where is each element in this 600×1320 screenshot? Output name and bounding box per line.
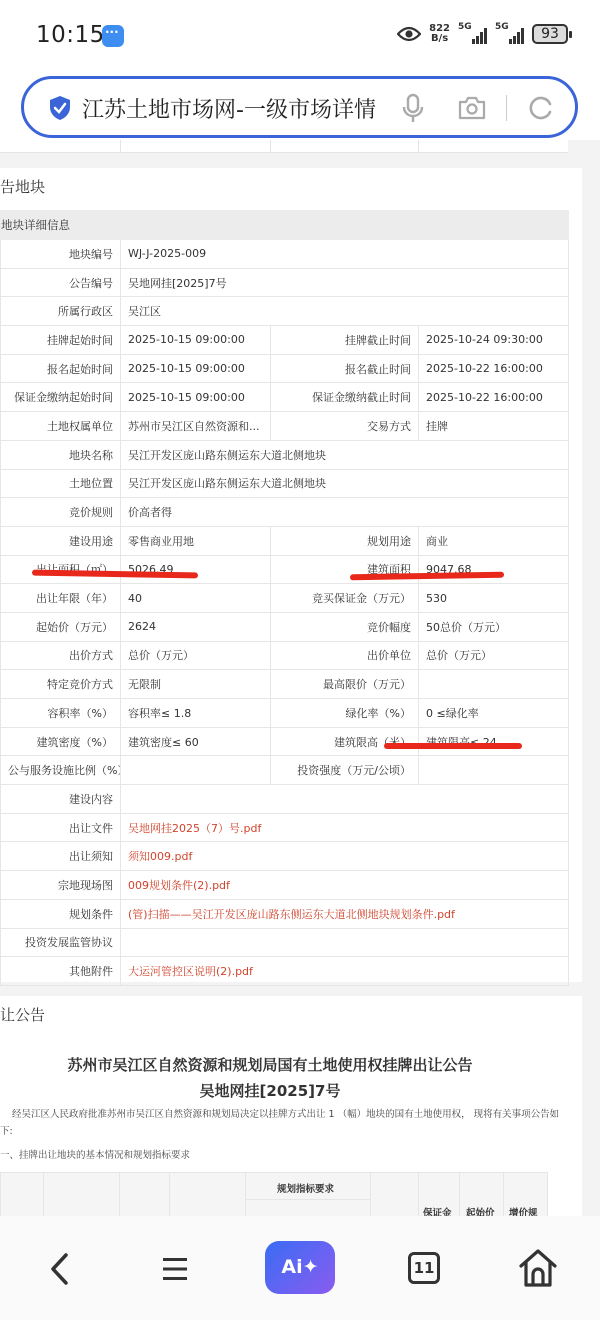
announcement-doc-number: 吴地网挂[2025]7号 <box>0 1080 540 1101</box>
battery-icon: 93 <box>532 24 568 44</box>
field-label: 宗地现场图 <box>1 871 121 900</box>
sim1-label: 5G <box>458 22 472 32</box>
table-row: 挂牌起始时间2025-10-15 09:00:00挂牌截止时间2025-10-2… <box>1 326 569 355</box>
table-row: 公告编号吴地网挂[2025]7号 <box>1 268 569 297</box>
field-value: 40 <box>121 584 271 613</box>
table-row: 保证金缴纳起始时间2025-10-15 09:00:00保证金缴纳截止时间202… <box>1 383 569 412</box>
ai-assistant-button[interactable]: Ai✦ <box>265 1241 335 1294</box>
field-value <box>121 785 569 814</box>
table-row: 公与服务设施比例（%）投资强度（万元/公顷） <box>1 756 569 785</box>
reload-icon[interactable] <box>528 95 554 121</box>
table-row: 所属行政区吴江区 <box>1 297 569 326</box>
table-row: 其他附件大运河管控区说明(2).pdf <box>1 957 569 986</box>
field-value: 9047.68 <box>419 555 569 584</box>
table-row: 特定竞价方式无限制最高限价（万元） <box>1 670 569 699</box>
field-value: 总价（万元） <box>419 641 569 670</box>
field-value: 2025-10-22 16:00:00 <box>419 354 569 383</box>
speed-unit: B/s <box>429 34 450 44</box>
table-row: 土地权属单位苏州市吴江区自然资源和...交易方式挂牌 <box>1 412 569 441</box>
home-icon[interactable] <box>518 1248 558 1288</box>
table-row: 起始价（万元）2624竞价幅度50总价（万元） <box>1 612 569 641</box>
table-row: 地块编号WJ-J-2025-009 <box>1 240 569 269</box>
attachment-link[interactable]: 吴地网挂2025（7）号.pdf <box>121 813 569 842</box>
field-label: 出让文件 <box>1 813 121 842</box>
field-value: 商业 <box>419 526 569 555</box>
previous-table-remnant <box>0 140 568 153</box>
field-value <box>419 670 569 699</box>
field-value: 2025-10-15 09:00:00 <box>121 326 271 355</box>
field-label: 挂牌截止时间 <box>271 326 419 355</box>
field-label: 建筑限高（米） <box>271 727 419 756</box>
field-label: 报名起始时间 <box>1 354 121 383</box>
microphone-icon[interactable] <box>402 93 424 123</box>
browser-toolbar: 江苏土地市场网-一级市场详情 <box>0 72 600 140</box>
table-row: 规划条件(管)扫描——吴江开发区庞山路东侧运东大道北侧地块规划条件.pdf <box>1 899 569 928</box>
field-label: 出价方式 <box>1 641 121 670</box>
field-value: 2025-10-24 09:30:00 <box>419 326 569 355</box>
field-label: 特定竞价方式 <box>1 670 121 699</box>
table-row: 竞价规则价高者得 <box>1 498 569 527</box>
menu-icon[interactable] <box>162 1256 188 1282</box>
field-label: 投资发展监管协议 <box>1 928 121 957</box>
field-label: 最高限价（万元） <box>271 670 419 699</box>
parcel-detail-table: 地块详细信息 地块编号WJ-J-2025-009公告编号吴地网挂[2025]7号… <box>0 210 569 986</box>
annotation-underline <box>384 743 522 749</box>
field-label: 地块编号 <box>1 240 121 269</box>
field-value: 容积率≤ 1.8 <box>121 699 271 728</box>
field-label: 交易方式 <box>271 412 419 441</box>
field-label: 土地权属单位 <box>1 412 121 441</box>
field-label: 出价单位 <box>271 641 419 670</box>
field-value: 无限制 <box>121 670 271 699</box>
table-row: 出让文件吴地网挂2025（7）号.pdf <box>1 813 569 842</box>
field-value: 2025-10-15 09:00:00 <box>121 354 271 383</box>
field-label: 其他附件 <box>1 957 121 986</box>
scroll-gutter <box>580 140 600 1220</box>
field-value: 吴地网挂[2025]7号 <box>121 268 569 297</box>
table-row: 投资发展监管协议 <box>1 928 569 957</box>
field-value <box>419 756 569 785</box>
attachment-link[interactable]: (管)扫描——吴江开发区庞山路东侧运东大道北侧地块规划条件.pdf <box>121 899 569 928</box>
signal-icon-sim2: 5G <box>495 24 524 44</box>
field-value: 建筑限高≤ 24 <box>419 727 569 756</box>
field-value <box>121 756 271 785</box>
field-value: 吴江开发区庞山路东侧运东大道北侧地块 <box>121 440 569 469</box>
status-bar: 10:15 822 B/s 5G 5G 93 <box>0 0 600 72</box>
field-value: 0 ≤绿化率 <box>419 699 569 728</box>
bottom-navigation: Ai✦ 11 <box>0 1216 600 1320</box>
announcement-intro: 经吴江区人民政府批准苏州市吴江区自然资源和规划局决定以挂牌方式出让 1 （幅）地… <box>0 1106 560 1140</box>
signal-icon-sim1: 5G <box>458 24 487 44</box>
section-title: 告地块 <box>0 176 45 197</box>
table-row: 建设用途零售商业用地规划用途商业 <box>1 526 569 555</box>
field-label: 挂牌起始时间 <box>1 326 121 355</box>
table-row: 出让须知须知009.pdf <box>1 842 569 871</box>
field-label: 起始价（万元） <box>1 612 121 641</box>
header-planning-req: 规划指标要求 <box>277 1181 334 1195</box>
field-label: 报名截止时间 <box>271 354 419 383</box>
table-row: 建设内容 <box>1 785 569 814</box>
field-value: 价高者得 <box>121 498 569 527</box>
field-label: 绿化率（%） <box>271 699 419 728</box>
field-label: 公告编号 <box>1 268 121 297</box>
table-row: 土地位置吴江开发区庞山路东侧运东大道北侧地块 <box>1 469 569 498</box>
field-value: 2624 <box>121 612 271 641</box>
field-label: 出让须知 <box>1 842 121 871</box>
section-title: 让公告 <box>0 1004 45 1025</box>
field-value: 530 <box>419 584 569 613</box>
field-value: 苏州市吴江区自然资源和... <box>121 412 271 441</box>
table-row: 出价方式总价（万元）出价单位总价（万元） <box>1 641 569 670</box>
field-label: 建设用途 <box>1 526 121 555</box>
field-value: 建筑密度≤ 60 <box>121 727 271 756</box>
field-value: 5026.49 <box>121 555 271 584</box>
table-row: 报名起始时间2025-10-15 09:00:00报名截止时间2025-10-2… <box>1 354 569 383</box>
field-value: 2025-10-22 16:00:00 <box>419 383 569 412</box>
field-label: 竞价规则 <box>1 498 121 527</box>
tabs-button[interactable]: 11 <box>408 1252 440 1284</box>
table-row: 出让年限（年）40竞买保证金（万元）530 <box>1 584 569 613</box>
field-value: 50总价（万元） <box>419 612 569 641</box>
field-label: 规划条件 <box>1 899 121 928</box>
field-label: 竞价幅度 <box>271 612 419 641</box>
field-value: 2025-10-15 09:00:00 <box>121 383 271 412</box>
camera-icon[interactable] <box>458 96 486 120</box>
field-value: 吴江开发区庞山路东侧运东大道北侧地块 <box>121 469 569 498</box>
eye-icon <box>397 26 421 42</box>
field-label: 保证金缴纳截止时间 <box>271 383 419 412</box>
table-row: 宗地现场图009规划条件(2).pdf <box>1 871 569 900</box>
security-shield-icon <box>48 95 72 121</box>
field-label: 出让年限（年） <box>1 584 121 613</box>
field-label: 地块名称 <box>1 440 121 469</box>
sim2-label: 5G <box>495 22 509 32</box>
clock: 10:15 <box>36 22 105 48</box>
table-subheader: 地块详细信息 <box>1 211 569 240</box>
back-icon[interactable] <box>48 1252 72 1286</box>
page-title[interactable]: 江苏土地市场网-一级市场详情 <box>82 93 382 124</box>
status-icons: 822 B/s 5G 5G 93 <box>397 24 568 44</box>
field-label: 建筑密度（%） <box>1 727 121 756</box>
attachment-link[interactable]: 009规划条件(2).pdf <box>121 871 569 900</box>
table-row: 出让面积（㎡）5026.49建筑面积9047.68 <box>1 555 569 584</box>
network-speed: 822 B/s <box>429 24 450 44</box>
announcement-table: 规划指标要求 保证金 起始价 增价规 <box>0 1172 548 1220</box>
field-label: 所属行政区 <box>1 297 121 326</box>
field-label: 建设内容 <box>1 785 121 814</box>
field-value: 零售商业用地 <box>121 526 271 555</box>
message-notification-icon <box>102 25 124 47</box>
attachment-link[interactable]: 大运河管控区说明(2).pdf <box>121 957 569 986</box>
table-row: 地块名称吴江开发区庞山路东侧运东大道北侧地块 <box>1 440 569 469</box>
field-label: 竞买保证金（万元） <box>271 584 419 613</box>
field-label: 容积率（%） <box>1 699 121 728</box>
announcement-heading: 苏州市吴江区自然资源和规划局国有土地使用权挂牌出让公告 <box>0 1054 540 1075</box>
announcement-card: 让公告 苏州市吴江区自然资源和规划局国有土地使用权挂牌出让公告 吴地网挂[202… <box>0 996 582 1220</box>
field-label: 保证金缴纳起始时间 <box>1 383 121 412</box>
field-value <box>121 928 569 957</box>
field-label: 规划用途 <box>271 526 419 555</box>
field-value: WJ-J-2025-009 <box>121 240 569 269</box>
address-bar[interactable]: 江苏土地市场网-一级市场详情 <box>21 76 578 138</box>
field-label: 土地位置 <box>1 469 121 498</box>
divider <box>506 95 507 121</box>
announcement-item-1: 一、挂牌出让地块的基本情况和规划指标要求 <box>0 1147 190 1161</box>
field-value: 总价（万元） <box>121 641 271 670</box>
table-row: 容积率（%）容积率≤ 1.8绿化率（%）0 ≤绿化率 <box>1 699 569 728</box>
field-label: 公与服务设施比例（%） <box>1 756 121 785</box>
parcel-card: 告地块 地块详细信息 地块编号WJ-J-2025-009公告编号吴地网挂[202… <box>0 168 582 982</box>
field-value: 挂牌 <box>419 412 569 441</box>
field-label: 投资强度（万元/公顷） <box>271 756 419 785</box>
attachment-link[interactable]: 须知009.pdf <box>121 842 569 871</box>
field-value: 吴江区 <box>121 297 569 326</box>
table-row: 建筑密度（%）建筑密度≤ 60建筑限高（米）建筑限高≤ 24 <box>1 727 569 756</box>
